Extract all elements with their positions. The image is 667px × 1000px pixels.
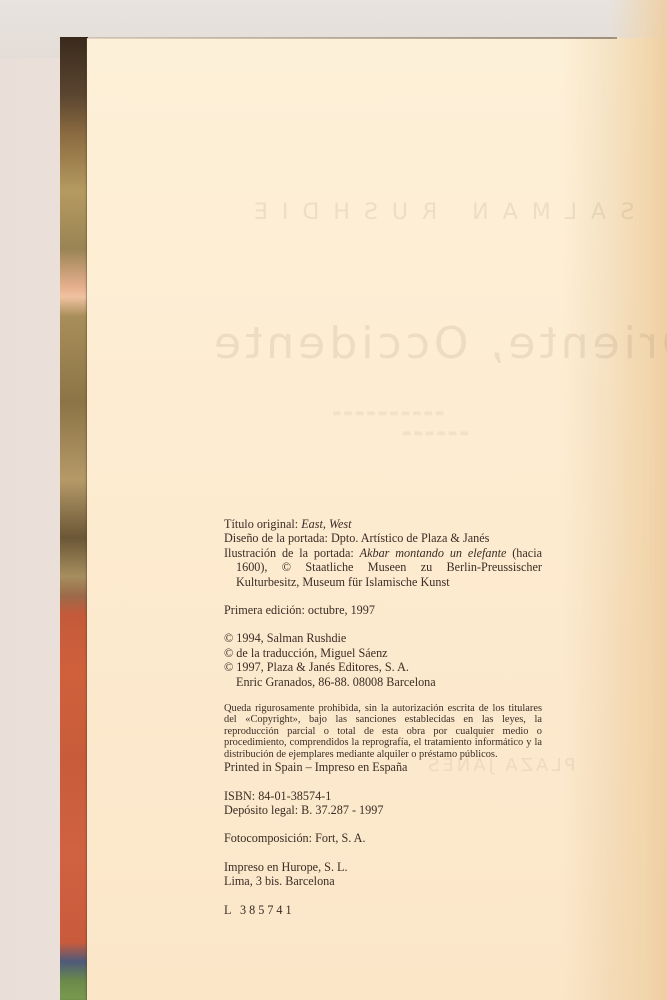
copyright-line: © 1994, Salman Rushdie <box>224 631 542 645</box>
legal-notice: Queda rigurosamente prohibida, sin la au… <box>224 703 542 760</box>
copyright-line: © de la traducción, Miguel Sáenz <box>224 646 542 660</box>
fotocomposicion-line: Fotocomposición: Fort, S. A. <box>224 831 542 845</box>
edition-block: Primera edición: octubre, 1997 <box>224 603 542 617</box>
publisher-address: Enric Granados, 86-88. 08008 Barcelona <box>224 675 542 689</box>
copyright-block: © 1994, Salman Rushdie © de la traducció… <box>224 631 542 689</box>
cover-design-line: Diseño de la portada: Dpto. Artístico de… <box>224 531 542 545</box>
typesetting-block: Fotocomposición: Fort, S. A. <box>224 831 542 845</box>
isbn-line: ISBN: 84-01-38574-1 <box>224 789 542 803</box>
first-edition-line: Primera edición: octubre, 1997 <box>224 603 542 617</box>
bleed-through-title: Oriente, Occidente <box>210 318 667 369</box>
deposito-legal-line: Depósito legal: B. 37.287 - 1997 <box>224 803 542 817</box>
bleed-through-line: ▬▬▬▬▬▬▬▬▬▬ <box>330 408 444 419</box>
printed-in-block: Printed in Spain – Impreso en España <box>224 760 542 774</box>
copyright-line: © 1997, Plaza & Janés Editores, S. A. <box>224 660 542 674</box>
printer-address: Lima, 3 bis. Barcelona <box>224 874 542 888</box>
bleed-through-line: ▬▬▬▬▬▬ <box>400 428 469 439</box>
cover-illustration-line: Ilustración de la portada: Akbar montand… <box>224 546 542 589</box>
bleed-through-author: SALMAN RUSHDIE <box>240 200 634 225</box>
isbn-block: ISBN: 84-01-38574-1 Depósito legal: B. 3… <box>224 789 542 818</box>
credits-block: Título original: East, West Diseño de la… <box>224 517 542 589</box>
catalog-code: L 385741 <box>224 903 542 917</box>
cover-illustration-title: Akbar montando un elefante <box>360 546 507 560</box>
page-edge-shadow <box>87 37 617 39</box>
copyright-page-text: Título original: East, West Diseño de la… <box>224 517 542 917</box>
original-title: East, West <box>301 517 351 531</box>
original-title-label: Título original: <box>224 517 301 531</box>
printer-block: Impreso en Hurope, S. L. Lima, 3 bis. Ba… <box>224 860 542 889</box>
printed-in-line: Printed in Spain – Impreso en España <box>224 760 542 774</box>
original-title-line: Título original: East, West <box>224 517 542 531</box>
cover-illustration-label: Ilustración de la portada: <box>224 546 360 560</box>
page-fold-shading <box>610 0 667 1000</box>
book-cover-edge <box>60 37 88 1000</box>
printer-name: Impreso en Hurope, S. L. <box>224 860 542 874</box>
